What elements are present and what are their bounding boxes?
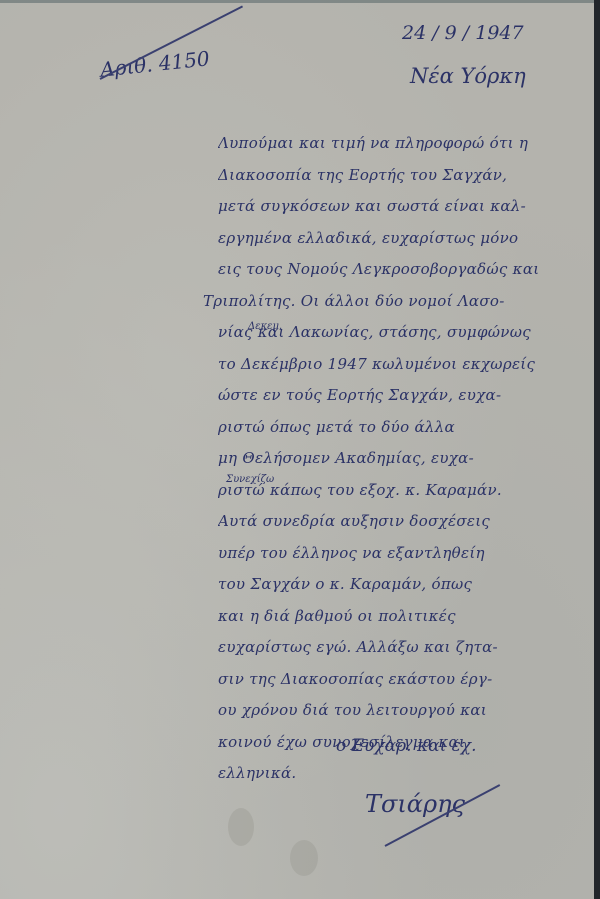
body-line: ελληνικά.	[218, 758, 598, 790]
paper-sheet: Αριθ. 4150 24 / 9 / 1947 Νέα Υόρκη Δεκεμ…	[0, 0, 594, 899]
body-line-with-strikethrough: το Δεκέμβριο 1947 κωλυμένοι εκχωρείς	[218, 349, 598, 381]
body-line: και η διά βαθμού οι πολιτικές	[218, 601, 598, 633]
body-line: ώστε εν τούς Εορτής Σαγχάν, ευχα-	[218, 380, 598, 412]
body-line: ου χρόνου διά του λειτουργού και	[218, 695, 598, 727]
body-line: ριστώ όπως μετά το δύο άλλα	[218, 412, 598, 444]
body-line: Διακοσοπία της Εορτής του Σαγχάν,	[218, 160, 598, 192]
body-line: μη Θελήσομεν Ακαδημίας, ευχα-	[218, 443, 598, 475]
body-line: ριστώ κάπως του εξοχ. κ. Καραμάν.	[218, 475, 598, 507]
paper-stain	[290, 840, 318, 876]
letter-place: Νέα Υόρκη	[410, 64, 526, 88]
body-line: μετά συγκόσεων και σωστά είναι καλ-	[218, 191, 598, 223]
body-line: Λυπούμαι και τιμή να πληροφορώ ότι η	[218, 128, 598, 160]
body-line: εργημένα ελλαδικά, ευχαρίστως μόνο	[218, 223, 598, 255]
body-line: Τριπολίτης. Οι άλλοι δύο νομοί Λασο-	[203, 286, 598, 318]
body-line: του Σαγχάν ο κ. Καραμάν, όπως	[218, 569, 598, 601]
body-line: εις τους Νομούς Λεγκροσοβοργαδώς και	[218, 254, 598, 286]
signature: Τσιάρης	[365, 790, 465, 818]
body-line: υπέρ του έλληνος να εξαντληθείη	[218, 538, 598, 570]
scan-edge-top	[0, 0, 600, 3]
closing-salutation: ο Ευχαρ. και εχ.	[336, 736, 477, 756]
body-line: σιν της Διακοσοπίας εκάστου έργ-	[218, 664, 598, 696]
body-line: ευχαρίστως εγώ. Αλλάξω και ζητα-	[218, 632, 598, 664]
scan-edge-right	[594, 0, 600, 899]
paper-stain	[228, 808, 254, 846]
letter-date: 24 / 9 / 1947	[402, 22, 524, 44]
body-line: νίας και Λακωνίας, στάσης, συμφώνως	[218, 317, 598, 349]
body-line: Αυτά συνεδρία αυξησιν δοσχέσεις	[218, 506, 598, 538]
letter-body: Λυπούμαι και τιμή να πληροφορώ ότι η Δια…	[218, 128, 598, 790]
